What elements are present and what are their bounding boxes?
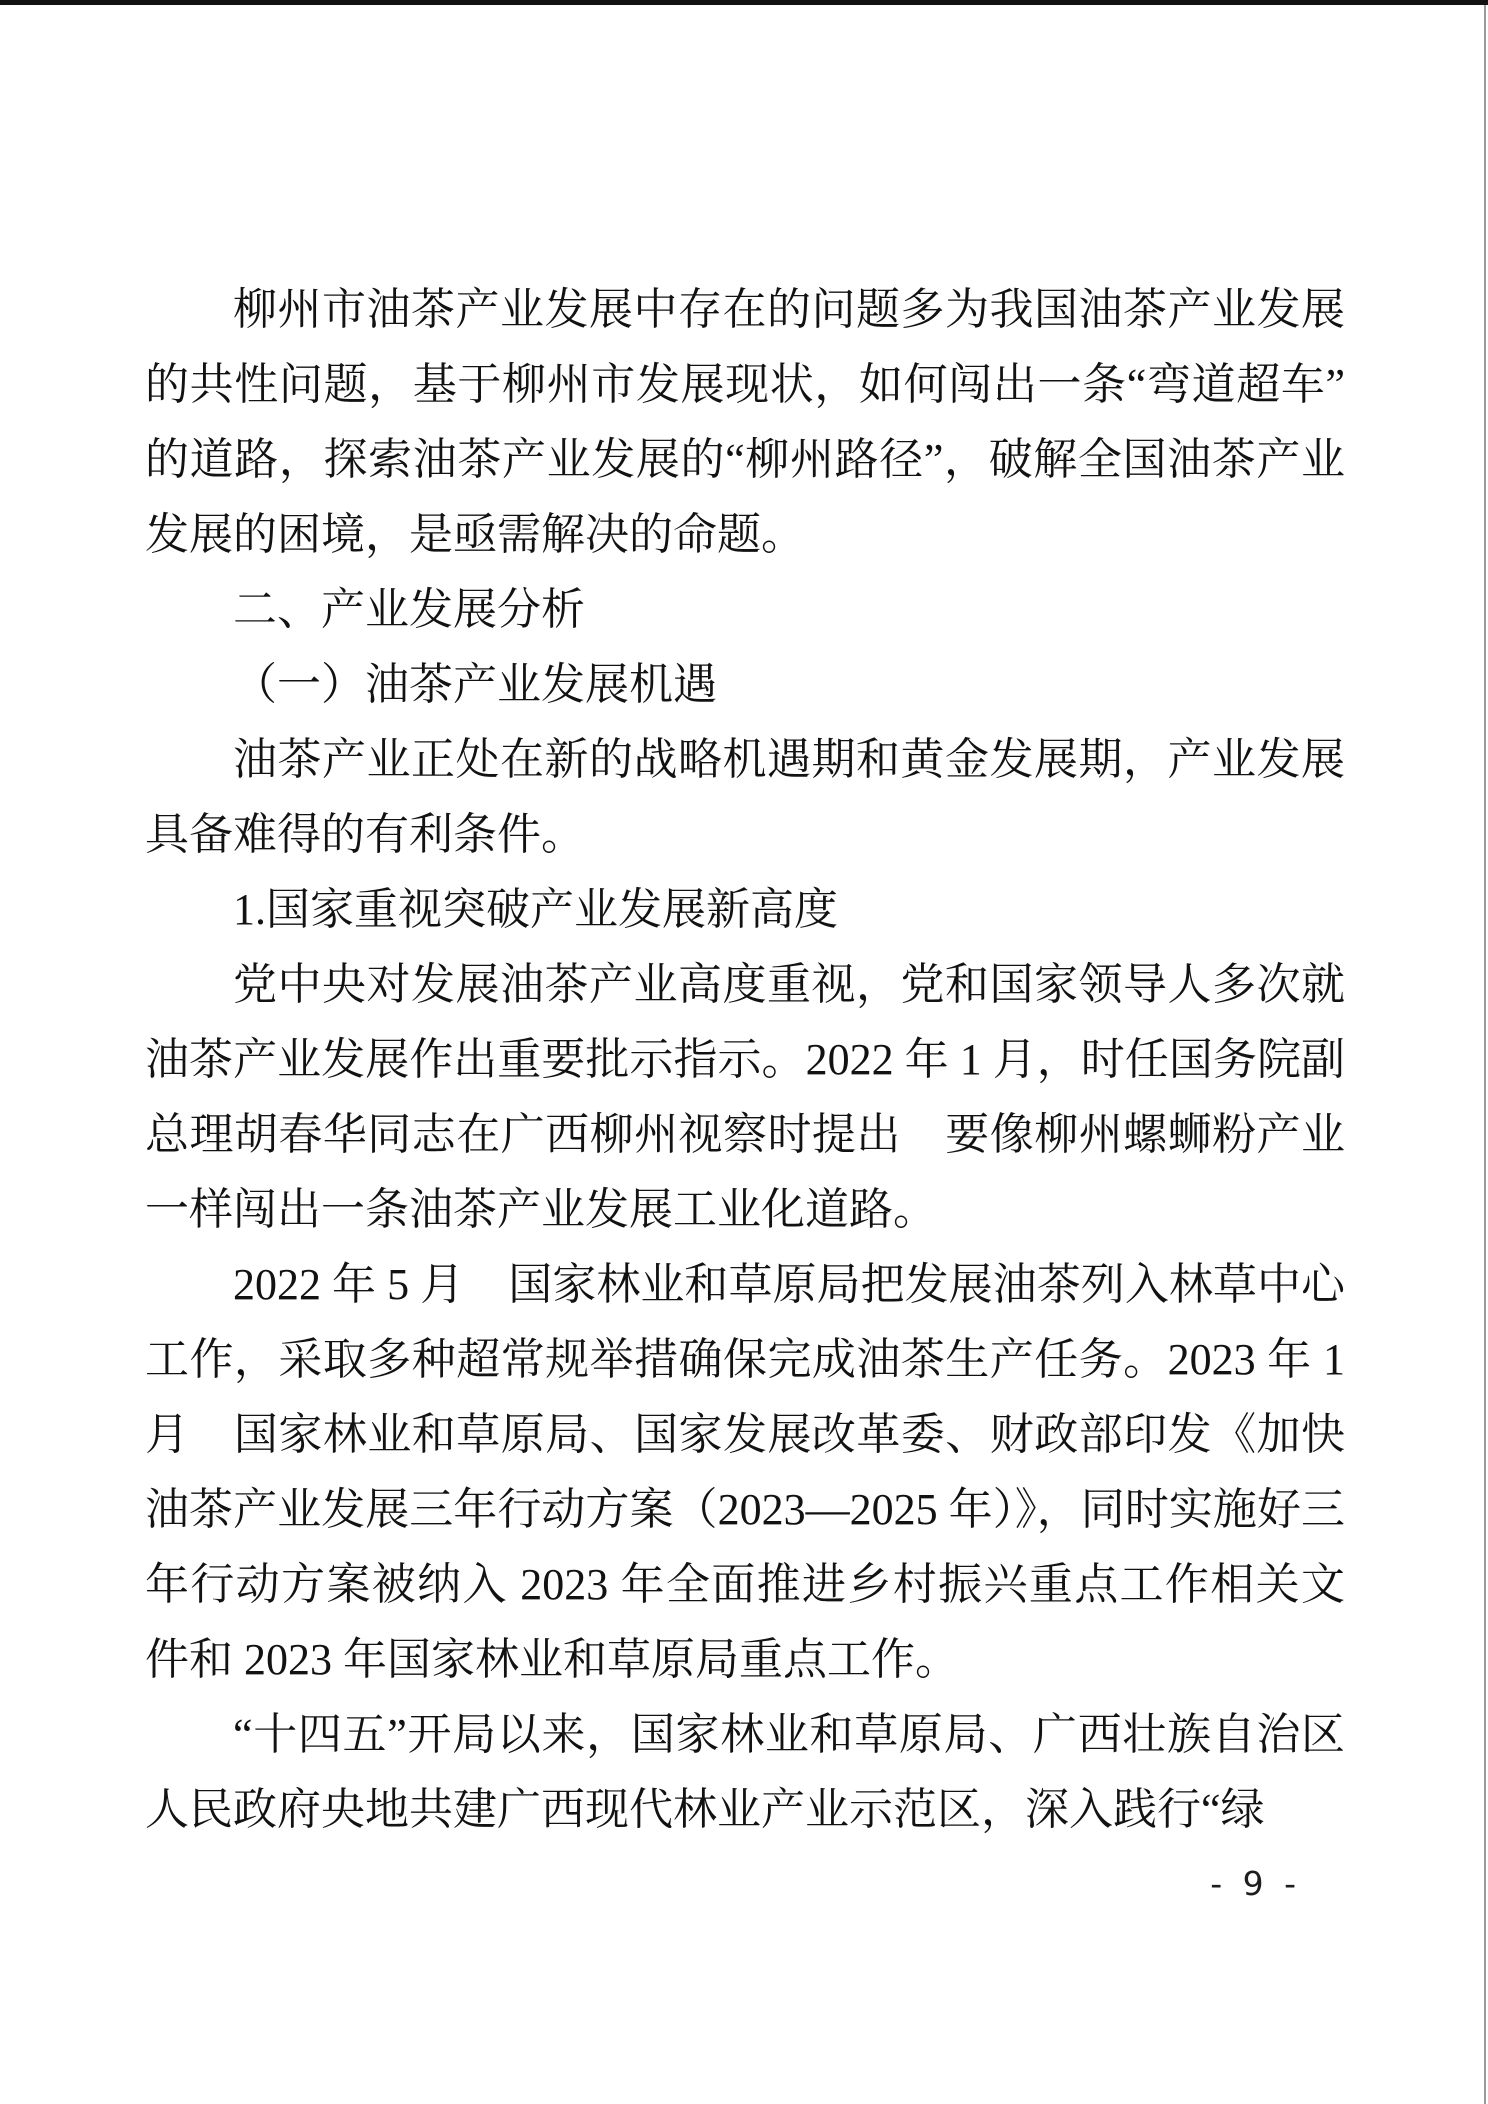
scan-top-edge bbox=[0, 0, 1488, 5]
numbered-heading-national-attention: 1.国家重视突破产业发展新高度 bbox=[145, 872, 1345, 947]
section-heading-industry-analysis: 二、产业发展分析 bbox=[145, 572, 1345, 647]
paragraph-central-leadership: 党中央对发展油茶产业高度重视，党和国家领导人多次就油茶产业发展作出重要批示指示。… bbox=[145, 947, 1345, 1247]
page-number: - 9 - bbox=[145, 1864, 1301, 1904]
subsection-heading-opportunities: （一）油茶产业发展机遇 bbox=[145, 647, 1345, 722]
document-body: 柳州市油茶产业发展中存在的问题多为我国油茶产业发展的共性问题，基于柳州市发展现状… bbox=[145, 272, 1345, 1847]
paragraph-forestry-bureau-actions: 2022 年 5 月 国家林业和草原局把发展油茶列入林草中心工作，采取多种超常规… bbox=[145, 1247, 1345, 1697]
scan-right-edge bbox=[1484, 5, 1486, 2104]
document-page: 柳州市油茶产业发展中存在的问题多为我国油茶产业发展的共性问题，基于柳州市发展现状… bbox=[0, 0, 1488, 2104]
paragraph-problem-intro: 柳州市油茶产业发展中存在的问题多为我国油茶产业发展的共性问题，基于柳州市发展现状… bbox=[145, 272, 1345, 572]
paragraph-fourteenth-five-year-plan: “十四五”开局以来，国家林业和草原局、广西壮族自治区人民政府央地共建广西现代林业… bbox=[145, 1697, 1345, 1847]
paragraph-strategic-period: 油茶产业正处在新的战略机遇期和黄金发展期，产业发展具备难得的有利条件。 bbox=[145, 722, 1345, 872]
